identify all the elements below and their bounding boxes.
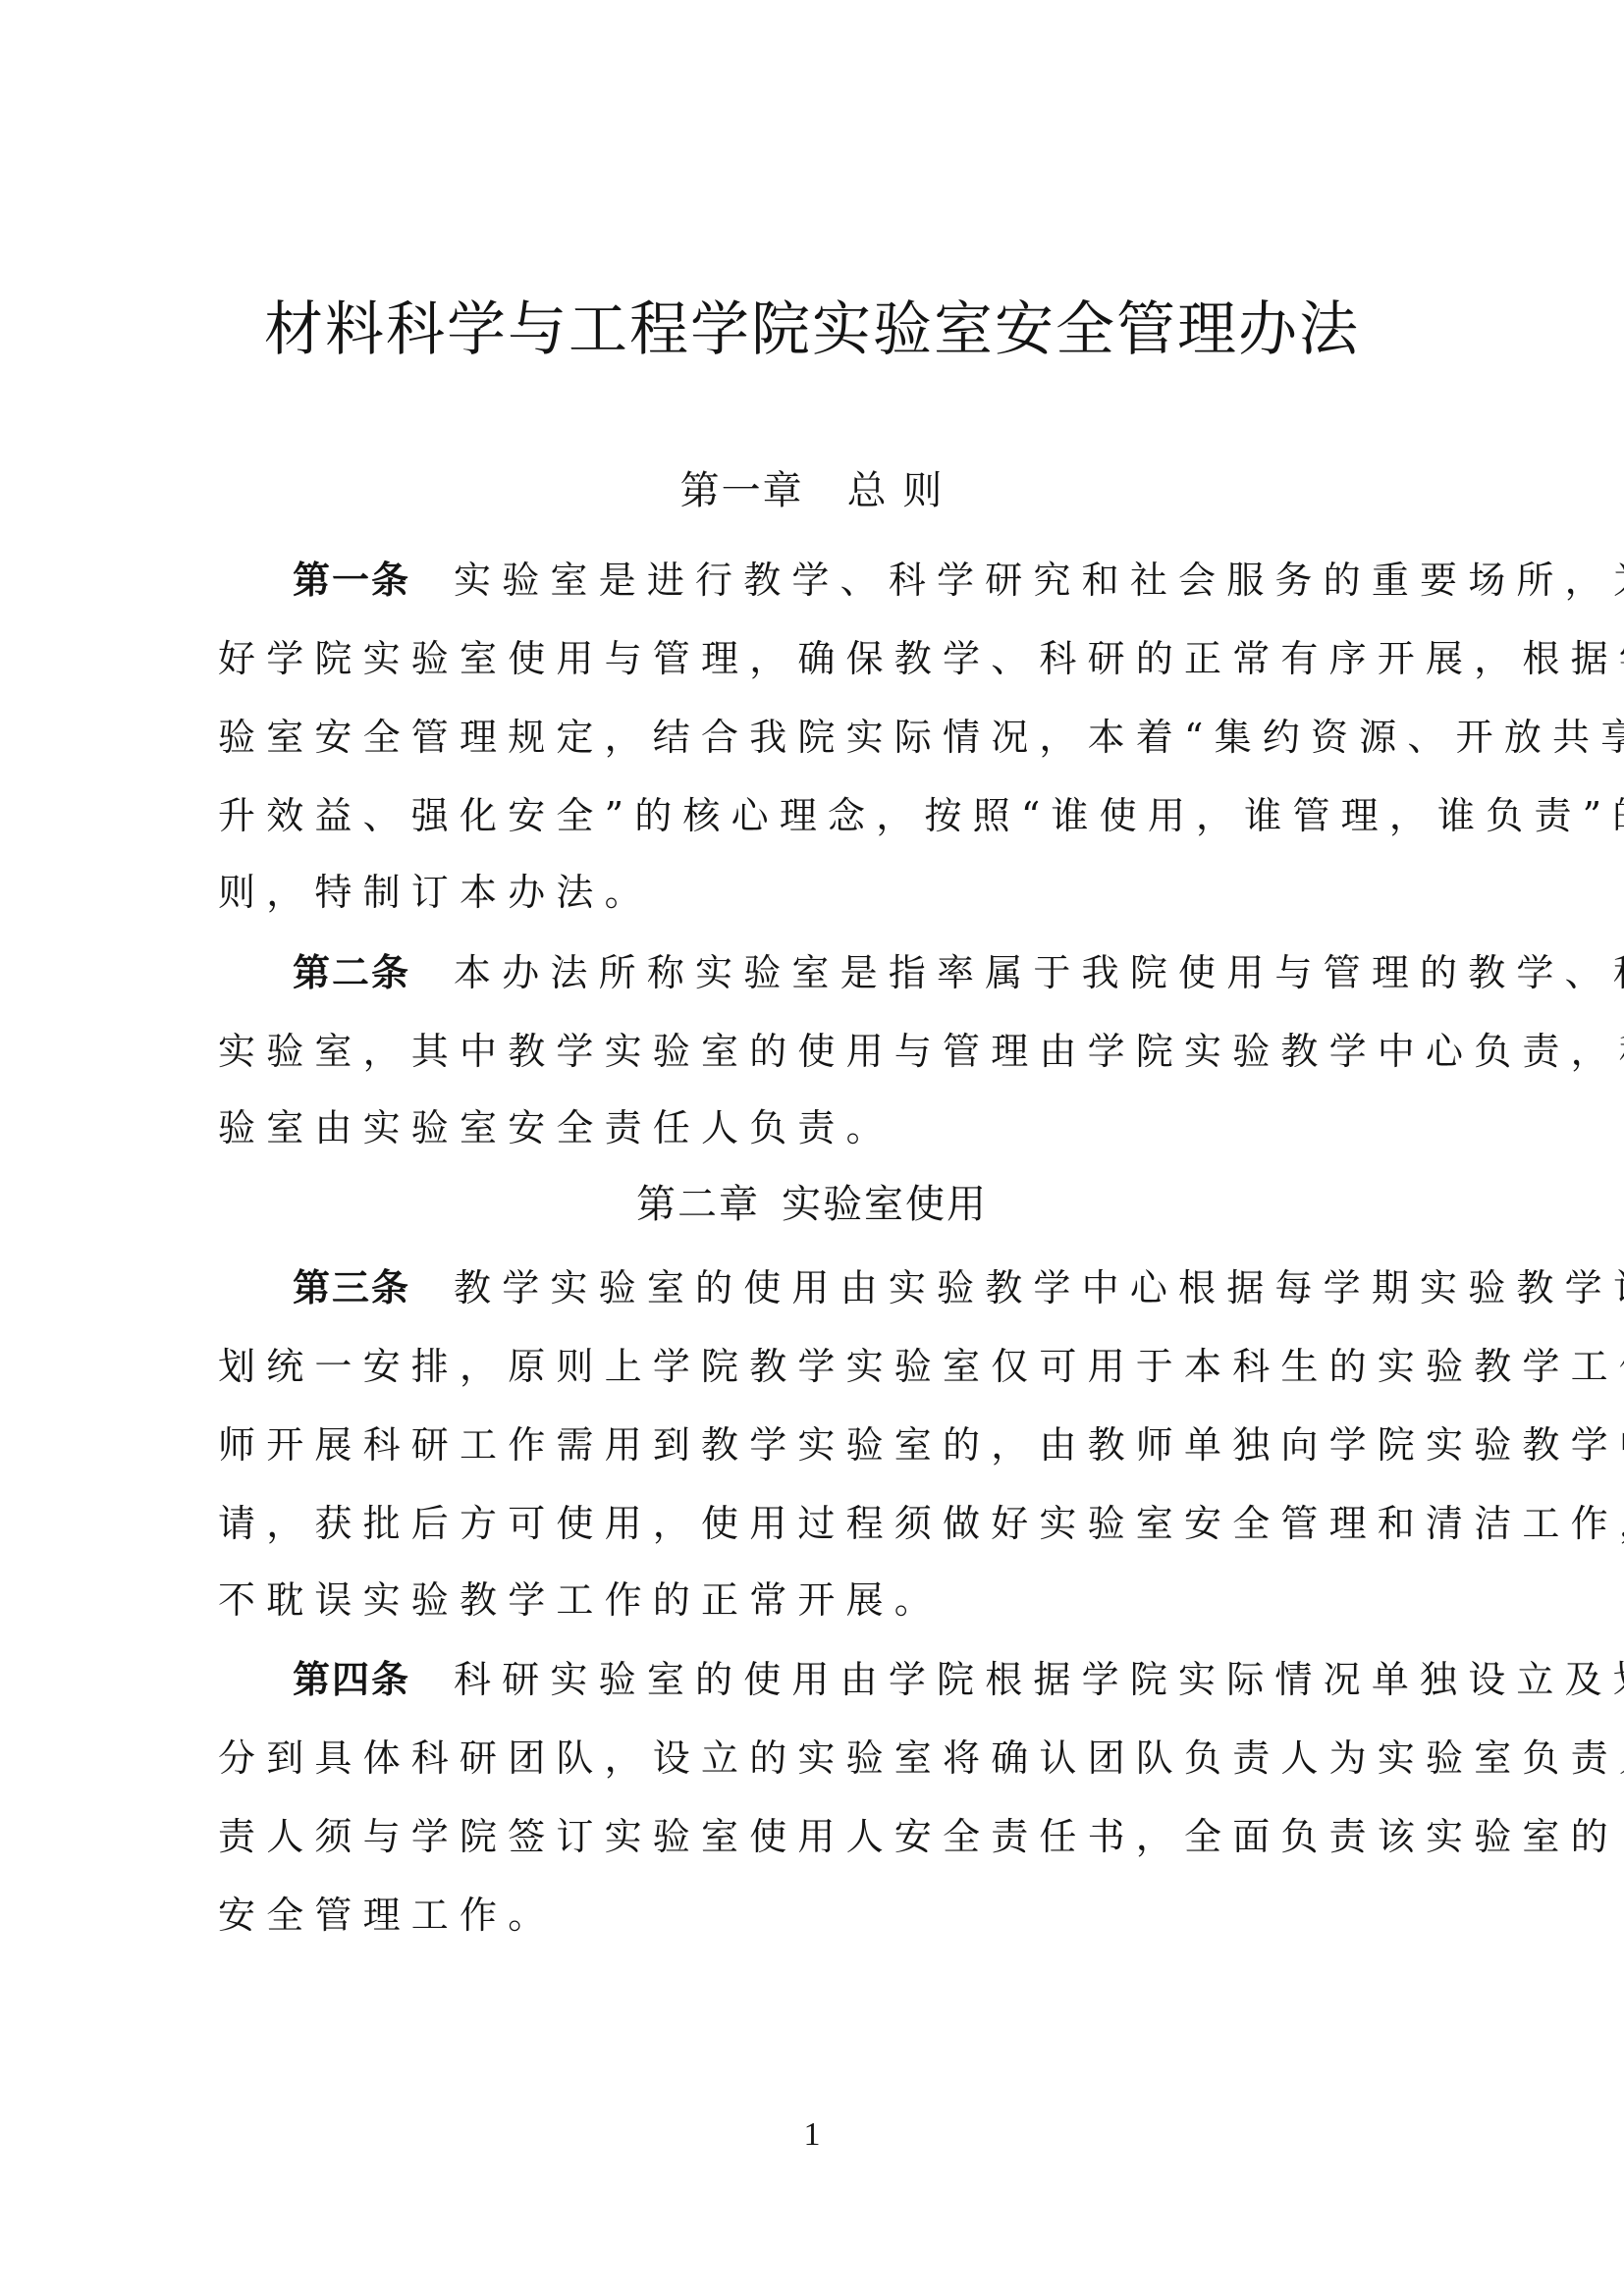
chapter-1-title: 总 则 bbox=[847, 468, 945, 513]
article-4-label: 第四条 bbox=[293, 1658, 410, 1701]
article-1-text: 实验室是进行教学、科学研究和社会服务的重要场所，为做 bbox=[454, 559, 1624, 602]
article-3-line-2: 划统一安排，原则上学院教学实验室仅可用于本科生的实验教学工作，教 bbox=[218, 1337, 1435, 1396]
document-title: 材料科学与工程学院实验室安全管理办法 bbox=[0, 291, 1624, 369]
article-4-line-1: 第四条科研实验室的使用由学院根据学院实际情况单独设立及划 bbox=[293, 1650, 1510, 1709]
article-1-line-3: 验室安全管理规定，结合我院实际情况，本着“集约资源、开放共享、提 bbox=[218, 708, 1435, 767]
article-3-line-5: 不耽误实验教学工作的正常开展。 bbox=[218, 1571, 1435, 1629]
article-3-text: 教学实验室的使用由实验教学中心根据每学期实验教学计 bbox=[454, 1266, 1624, 1309]
article-2-line-2: 实验室，其中教学实验室的使用与管理由学院实验教学中心负责，科研实 bbox=[218, 1022, 1435, 1081]
chapter-2-title: 实验室使用 bbox=[782, 1182, 988, 1227]
article-1-label: 第一条 bbox=[293, 559, 410, 602]
article-2-label: 第二条 bbox=[293, 951, 410, 994]
chapter-1-heading: 第一章总 则 bbox=[0, 461, 1624, 520]
chapter-2-number: 第二章 bbox=[636, 1182, 760, 1227]
article-4-line-4: 安全管理工作。 bbox=[218, 1886, 1435, 1945]
article-3-line-1: 第三条教学实验室的使用由实验教学中心根据每学期实验教学计 bbox=[293, 1258, 1510, 1317]
article-3-label: 第三条 bbox=[293, 1266, 410, 1309]
article-3-line-3: 师开展科研工作需用到教学实验室的，由教师单独向学院实验教学中心申 bbox=[218, 1415, 1435, 1474]
chapter-2-heading: 第二章实验室使用 bbox=[0, 1175, 1624, 1234]
article-3-line-4: 请，获批后方可使用，使用过程须做好实验室安全管理和清洁工作，确保 bbox=[218, 1494, 1435, 1553]
article-4-line-2: 分到具体科研团队，设立的实验室将确认团队负责人为实验室负责人，负 bbox=[218, 1729, 1435, 1788]
chapter-1-number: 第一章 bbox=[680, 468, 804, 513]
article-4-line-3: 责人须与学院签订实验室使用人安全责任书，全面负责该实验室的日常及 bbox=[218, 1807, 1435, 1866]
article-2-line-3: 验室由实验室安全责任人负责。 bbox=[218, 1098, 1435, 1157]
article-1-line-5: 则，特制订本办法。 bbox=[218, 863, 1435, 922]
article-1-line-1: 第一条实验室是进行教学、科学研究和社会服务的重要场所，为做 bbox=[293, 551, 1510, 610]
document-page: 材料科学与工程学院实验室安全管理办法 第一章总 则 第一条实验室是进行教学、科学… bbox=[0, 0, 1624, 2296]
article-4-text: 科研实验室的使用由学院根据学院实际情况单独设立及划 bbox=[454, 1658, 1624, 1701]
article-1-line-4: 升效益、强化安全”的核心理念，按照“谁使用，谁管理，谁负责”的原 bbox=[218, 786, 1435, 845]
article-2-line-1: 第二条本办法所称实验室是指率属于我院使用与管理的教学、科研 bbox=[293, 943, 1510, 1002]
article-1-line-2: 好学院实验室使用与管理，确保教学、科研的正常有序开展，根据学校实 bbox=[218, 629, 1435, 688]
page-number: 1 bbox=[0, 2110, 1624, 2160]
article-2-text: 本办法所称实验室是指率属于我院使用与管理的教学、科研 bbox=[454, 951, 1624, 994]
